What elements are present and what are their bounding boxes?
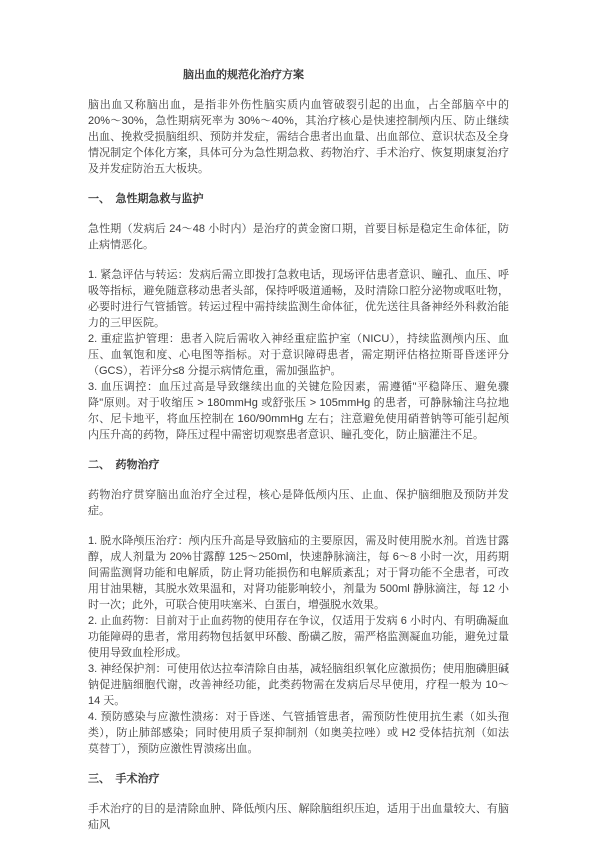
treatment-item: 2. 止血药物：目前对于止血药物的使用存在争议，仅适用于发病 6 小时内、有明确… [88,613,509,661]
treatment-item: 3. 血压调控：血压过高是导致继续出血的关键危险因素，需遵循"平稳降压、避免骤降… [88,379,509,443]
doc-title: 脑出血的规范化治疗方案 [88,67,509,83]
section-lead: 急性期（发病后 24～48 小时内）是治疗的黄金窗口期，首要目标是稳定生命体征，… [88,221,509,253]
treatment-item: 3. 神经保护剂：可使用依达拉奉清除自由基，减轻脑组织氧化应激损伤；使用胞磷胆碱… [88,661,509,709]
intro-paragraph: 脑出血又称脑出血，是指非外伤性脑实质内血管破裂引起的出血，占全部脑卒中的 20%… [88,97,509,177]
treatment-item: 1. 脱水降颅压治疗：颅内压升高是导致脑疝的主要原因，需及时使用脱水剂。首选甘露… [88,533,509,613]
treatment-item: 2. 重症监护管理：患者入院后需收入神经重症监护室（NICU），持续监测颅内压、… [88,331,509,379]
section-lead: 药物治疗贯穿脑出血治疗全过程，核心是降低颅内压、止血、保护脑细胞及预防并发症。 [88,487,509,519]
treatment-item: 4. 预防感染与应激性溃疡：对于昏迷、气管插管患者，需预防性使用抗生素（如头孢类… [88,709,509,757]
document-content: 脑出血的规范化治疗方案 脑出血又称脑出血，是指非外伤性脑实质内血管破裂引起的出血… [88,67,509,833]
treatment-item: 1. 紧急评估与转运：发病后需立即拨打急救电话，现场评估患者意识、瞳孔、血压、呼… [88,267,509,331]
section-heading: 二、 药物治疗 [88,457,509,473]
section-surgery: 三、 手术治疗 手术治疗的目的是清除血肿、降低颅内压、解除脑组织压迫，适用于出血… [88,771,509,833]
section-heading: 一、 急性期急救与监护 [88,191,509,207]
section-items: 1. 紧急评估与转运：发病后需立即拨打急救电话，现场评估患者意识、瞳孔、血压、呼… [88,267,509,443]
section-lead: 手术治疗的目的是清除血肿、降低颅内压、解除脑组织压迫，适用于出血量较大、有脑疝风 [88,801,509,833]
section-heading: 三、 手术治疗 [88,771,509,787]
section-acute-rescue: 一、 急性期急救与监护 急性期（发病后 24～48 小时内）是治疗的黄金窗口期，… [88,191,509,443]
document-page: 脑出血的规范化治疗方案 脑出血又称脑出血，是指非外伤性脑实质内血管破裂引起的出血… [0,0,595,841]
section-drug-therapy: 二、 药物治疗 药物治疗贯穿脑出血治疗全过程，核心是降低颅内压、止血、保护脑细胞… [88,457,509,757]
section-items: 1. 脱水降颅压治疗：颅内压升高是导致脑疝的主要原因，需及时使用脱水剂。首选甘露… [88,533,509,757]
